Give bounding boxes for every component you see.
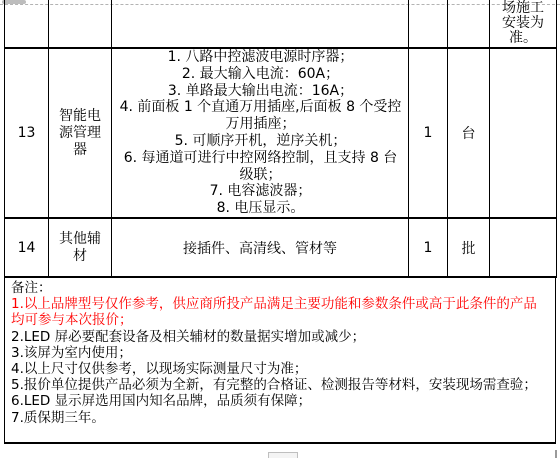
cell-empty xyxy=(409,0,448,48)
note-item-2: 2.LED 屏必要配套设备及相关辅材的数量据实增加或减少； xyxy=(11,329,549,345)
cell-item-specs: 1. 八路中控滤波电源时序器； 2. 最大输入电流：60A； 3. 单路最大输出… xyxy=(112,48,409,218)
cell-quantity: 1 xyxy=(409,48,448,218)
table-row-carryover: 场施工安装为准。 xyxy=(5,0,557,48)
spec-line: 8. 电压显示。 xyxy=(112,200,408,217)
document-content: 场施工安装为准。 13 智能电源管理器 1. 八路中控滤波电源时序器； 2. 最… xyxy=(4,0,556,444)
item-name-text: 其他辅材 xyxy=(58,231,103,265)
cell-quantity: 1 xyxy=(409,218,448,277)
cell-row-number: 14 xyxy=(5,218,49,277)
cell-empty xyxy=(112,0,409,48)
notes-section: 备注： 1.以上品牌型号仅作参考，供应商所投产品满足主要功能和参数条件或高于此条… xyxy=(4,278,556,444)
note-item-5: 5.报价单位提供产品必须为全新，有完整的合格证、检测报告等材料，安装现场需查验； xyxy=(11,377,549,393)
cell-remark xyxy=(490,48,557,218)
note-item-4: 4.以上尺寸仅供参考，以现场实际测量尺寸为准； xyxy=(11,361,549,377)
page-edge-marker xyxy=(555,450,557,458)
cell-unit: 批 xyxy=(448,218,490,277)
spec-line: 7. 电容滤波器； xyxy=(112,183,408,200)
note-item-7: 7.质保期三年。 xyxy=(11,410,549,426)
spec-line: 2. 最大输入电流：60A； xyxy=(112,66,408,83)
carryover-remark-text: 场施工安装为准。 xyxy=(498,1,548,46)
cell-row-number: 13 xyxy=(5,48,49,218)
note-item-1: 1.以上品牌型号仅作参考，供应商所投产品满足主要功能和参数条件或高于此条件的产品… xyxy=(11,296,549,328)
table-row-14: 14 其他辅材 接插件、高清线、管材等 1 批 xyxy=(5,218,557,277)
cell-empty xyxy=(49,0,112,48)
spec-line: 1. 八路中控滤波电源时序器； xyxy=(112,49,408,66)
cell-unit: 台 xyxy=(448,48,490,218)
equipment-table: 场施工安装为准。 13 智能电源管理器 1. 八路中控滤波电源时序器； 2. 最… xyxy=(4,0,557,278)
spec-line: 5. 可顺序开机，逆序关机； xyxy=(112,133,408,150)
cell-remark xyxy=(490,218,557,277)
document-page: 场施工安装为准。 13 智能电源管理器 1. 八路中控滤波电源时序器； 2. 最… xyxy=(0,0,560,458)
bottom-ui-fragment xyxy=(268,452,298,458)
cell-empty xyxy=(5,0,49,48)
cell-carryover-remark: 场施工安装为准。 xyxy=(490,0,557,48)
cell-item-specs: 接插件、高清线、管材等 xyxy=(112,218,409,277)
note-item-6: 6.LED 显示屏选用国内知名品牌，品质须有保障； xyxy=(11,393,549,409)
table-row-13: 13 智能电源管理器 1. 八路中控滤波电源时序器； 2. 最大输入电流：60A… xyxy=(5,48,557,218)
cell-item-name: 智能电源管理器 xyxy=(49,48,112,218)
spec-line: 4. 前面板 1 个直通万用插座,后面板 8 个受控万用插座； xyxy=(112,99,408,133)
cell-empty xyxy=(448,0,490,48)
spec-line: 3. 单路最大输出电流：16A； xyxy=(112,83,408,100)
item-name-text: 智能电源管理器 xyxy=(58,108,103,159)
note-item-3: 3.该屏为室内使用； xyxy=(11,345,549,361)
spec-line: 6. 每通道可进行中控网络控制，且支持 8 台级联； xyxy=(112,150,408,184)
notes-title: 备注： xyxy=(11,280,549,296)
cell-item-name: 其他辅材 xyxy=(49,218,112,277)
